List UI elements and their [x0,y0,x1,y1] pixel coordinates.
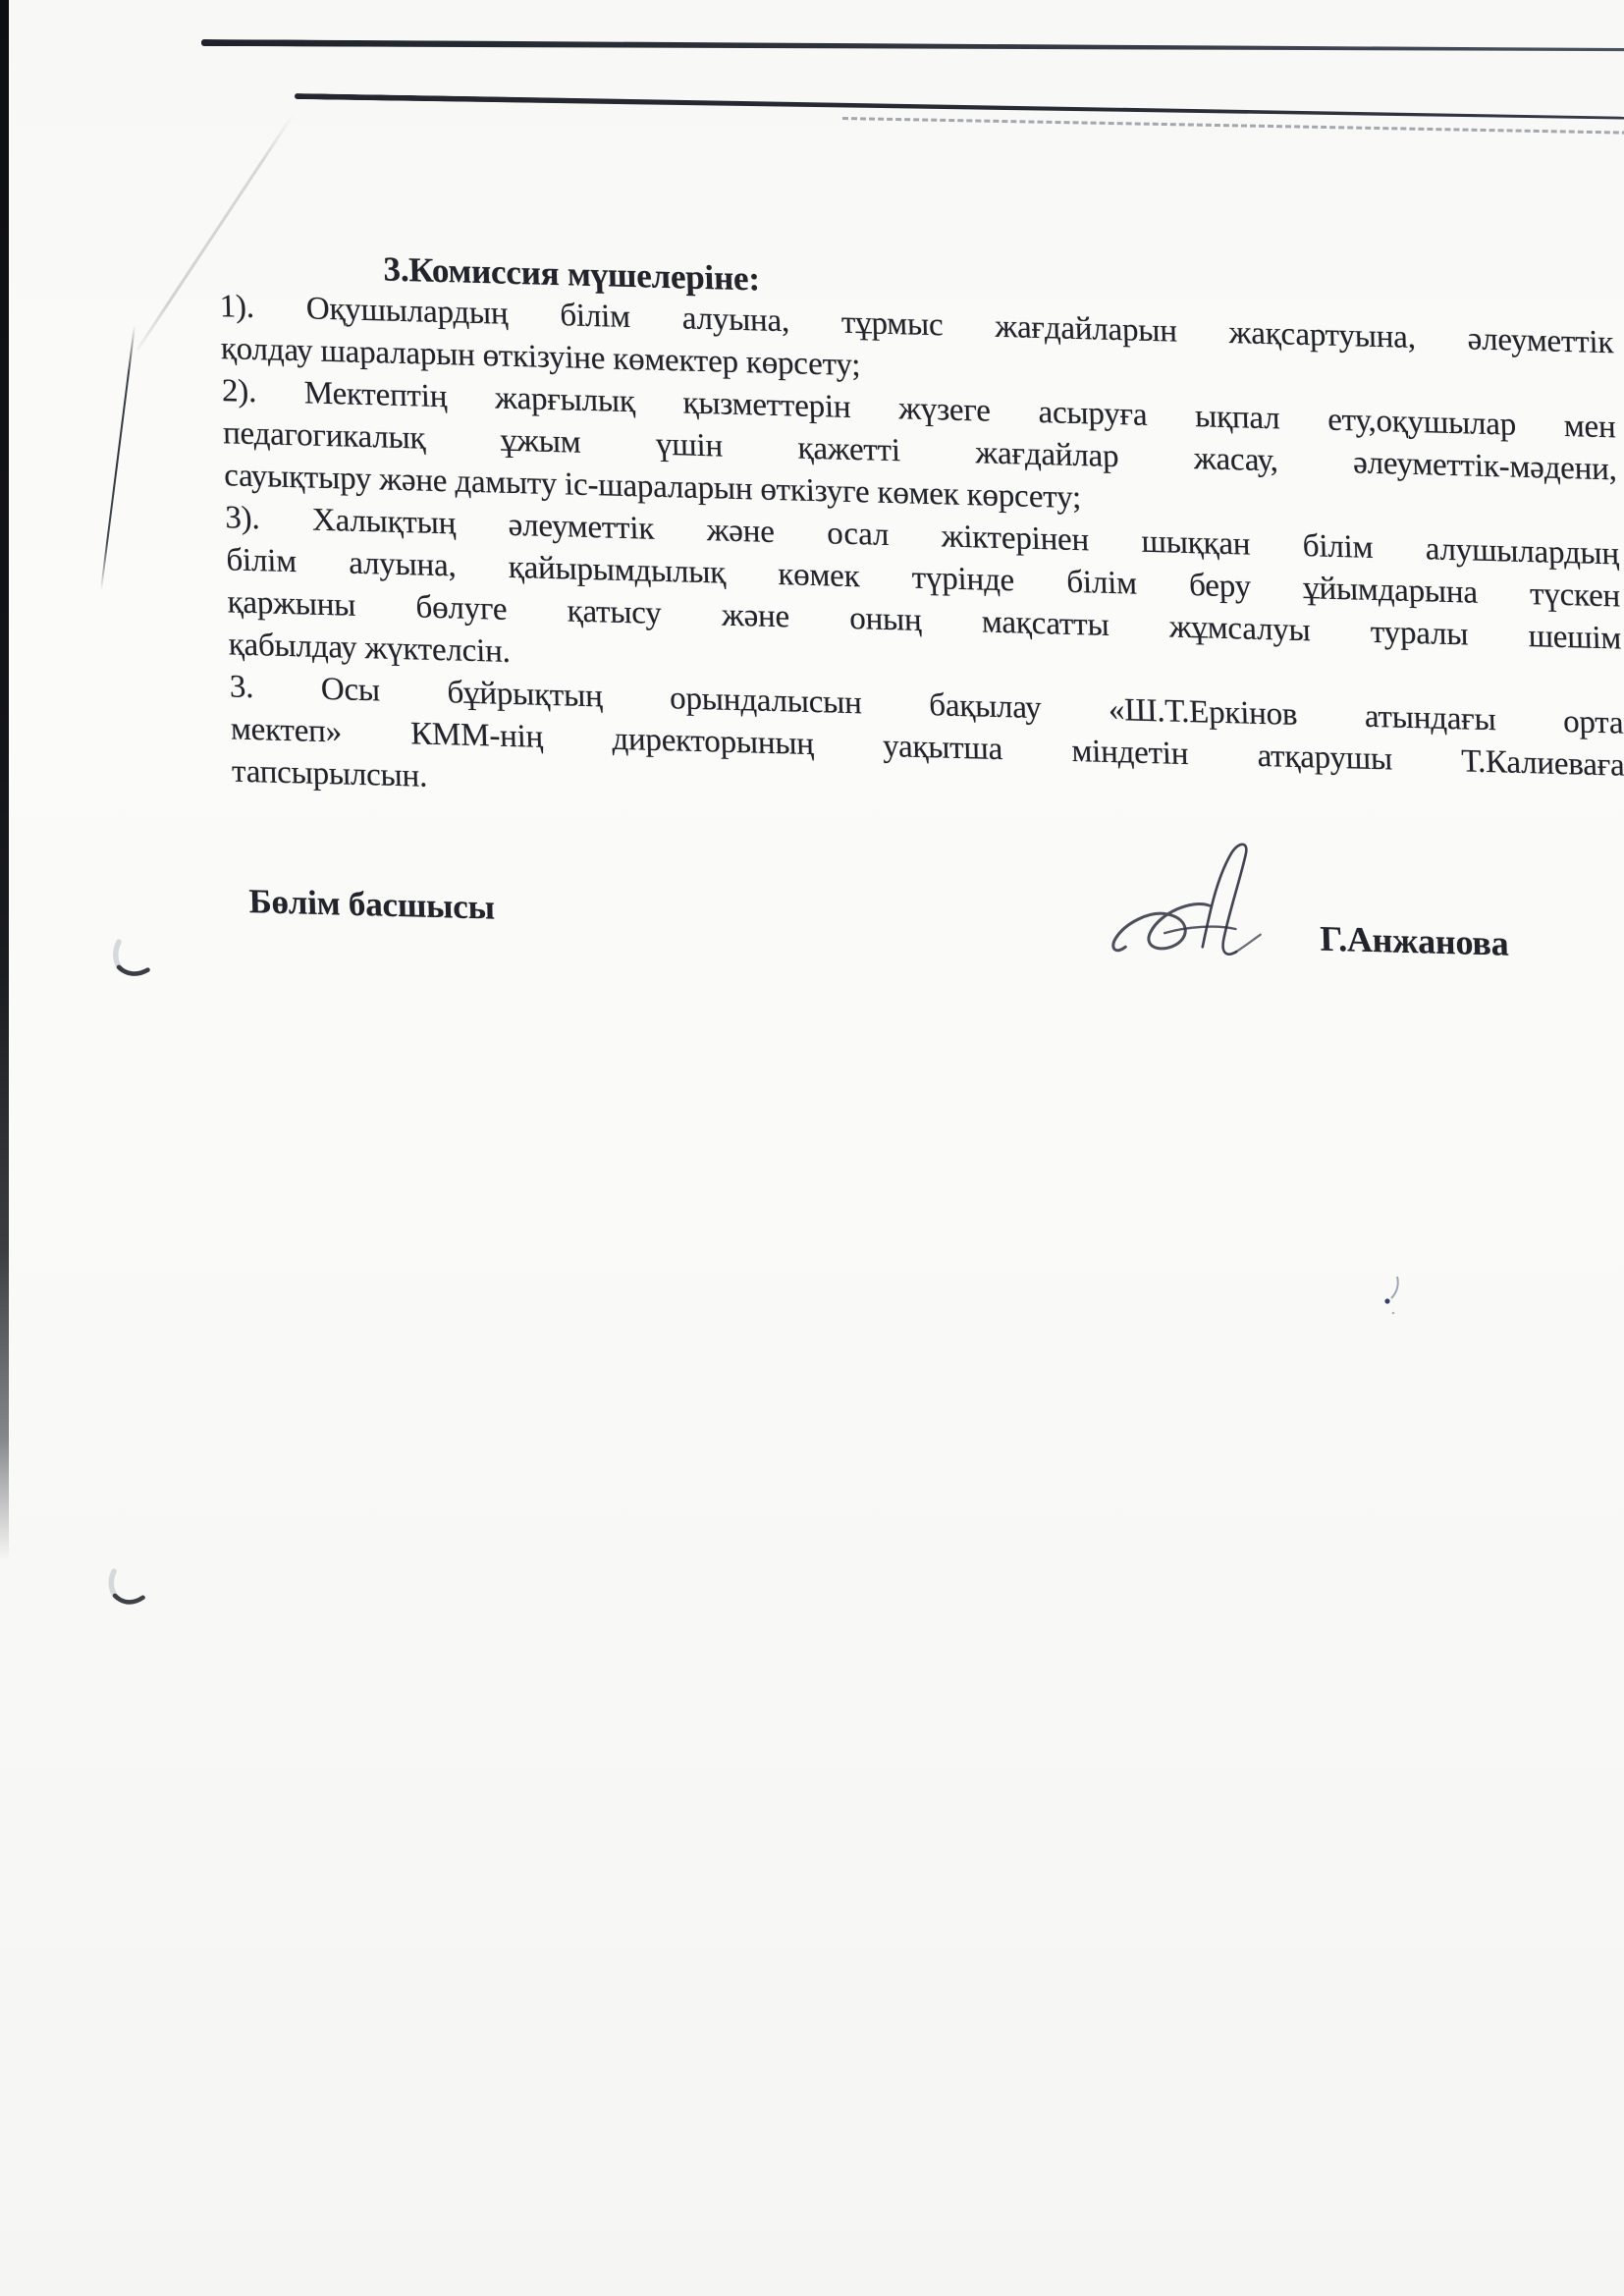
pen-hook-mark-icon [104,1567,149,1611]
sheet-edge-dashed-line [842,117,1624,135]
document-content: 3.Комиссия мүшелеріне: 1). Оқушылардың б… [218,244,1624,1079]
page-crease-line [100,325,135,590]
handwritten-signature-icon [1105,836,1297,984]
signer-role-label: Бөлім басшысы [248,880,495,929]
ink-fleck-icon [1380,1275,1406,1316]
sheet-top-edge-line [201,39,1624,53]
scanned-document-page: 3.Комиссия мүшелеріне: 1). Оқушылардың б… [0,0,1624,2296]
signature-block: Бөлім басшысы Г.Анжанова [235,876,1624,1079]
signer-name: Г.Анжанова [1320,918,1509,965]
sheet-top-edge-line-2 [295,93,1624,121]
scanner-edge-shadow [0,0,9,1561]
pen-hook-mark-icon [108,939,153,982]
